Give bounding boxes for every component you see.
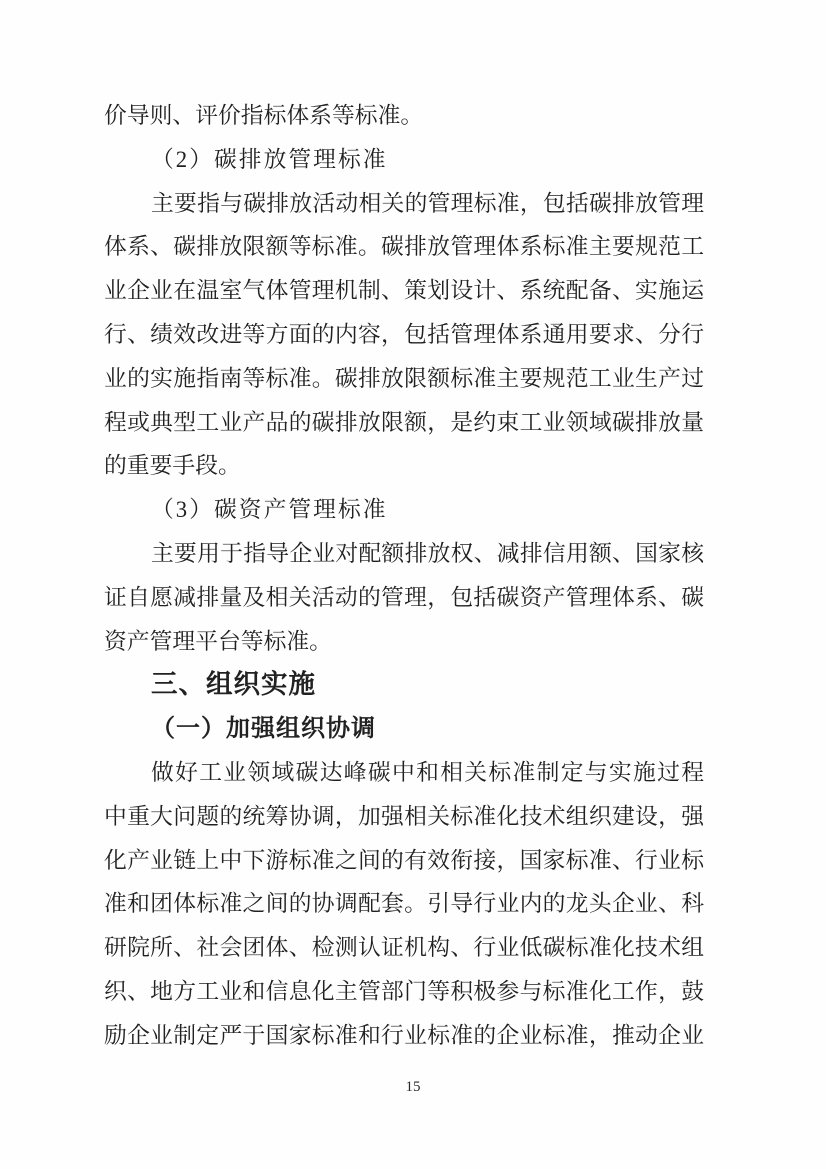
page-number: 15 — [406, 1079, 421, 1095]
paragraph-item2-line-3: 业企业在温室气体管理机制、策划设计、系统配备、实施运 — [104, 269, 704, 313]
paragraph-sub1-line-6: 织、地方工业和信息化主管部门等积极参与标准化工作，鼓 — [104, 970, 704, 1014]
paragraph-sub1-line-3: 化产业链上中下游标准之间的有效衔接，国家标准、行业标 — [104, 839, 704, 883]
paragraph-sub1-line-2: 中重大问题的统筹协调，加强相关标准化技术组织建设，强 — [104, 795, 704, 839]
paragraph-sub1-line-4: 准和团体标准之间的协调配套。引导行业内的龙头企业、科 — [104, 882, 704, 926]
paragraph-item2-line-5: 业的实施指南等标准。碳排放限额标准主要规范工业生产过 — [104, 357, 704, 401]
document-body: 价导则、评价指标体系等标准。 （2）碳排放管理标准 主要指与碳排放活动相关的管理… — [104, 94, 704, 1058]
subheading-item-3: （3）碳资产管理标准 — [104, 488, 704, 532]
paragraph-sub1-line-5: 研院所、社会团体、检测认证机构、行业低碳标准化技术组 — [104, 926, 704, 970]
paragraph-item2-line-6: 程或典型工业产品的碳排放限额，是约束工业领域碳排放量 — [104, 401, 704, 445]
subheading-item-2: （2）碳排放管理标准 — [104, 138, 704, 182]
paragraph-item2-line-7: 的重要手段。 — [104, 444, 704, 488]
section-heading-3: 三、组织实施 — [104, 663, 704, 707]
subsection-heading-3-1: （一）加强组织协调 — [104, 707, 704, 751]
paragraph-item3-line-1: 主要用于指导企业对配额排放权、减排信用额、国家核 — [104, 532, 704, 576]
paragraph-item3-line-2: 证自愿减排量及相关活动的管理，包括碳资产管理体系、碳 — [104, 576, 704, 620]
paragraph-sub1-line-1: 做好工业领域碳达峰碳中和相关标准制定与实施过程 — [104, 751, 704, 795]
paragraph-sub1-line-7: 励企业制定严于国家标准和行业标准的企业标准，推动企业 — [104, 1014, 704, 1058]
paragraph-item2-line-2: 体系、碳排放限额等标准。碳排放管理体系标准主要规范工 — [104, 225, 704, 269]
paragraph-item3-line-3: 资产管理平台等标准。 — [104, 620, 704, 664]
page-footer: 15 — [0, 1078, 826, 1096]
document-page: 价导则、评价指标体系等标准。 （2）碳排放管理标准 主要指与碳排放活动相关的管理… — [0, 0, 826, 1169]
paragraph-item2-line-4: 行、绩效改进等方面的内容，包括管理体系通用要求、分行 — [104, 313, 704, 357]
paragraph-continuation-line: 价导则、评价指标体系等标准。 — [104, 94, 704, 138]
paragraph-item2-line-1: 主要指与碳排放活动相关的管理标准，包括碳排放管理 — [104, 182, 704, 226]
